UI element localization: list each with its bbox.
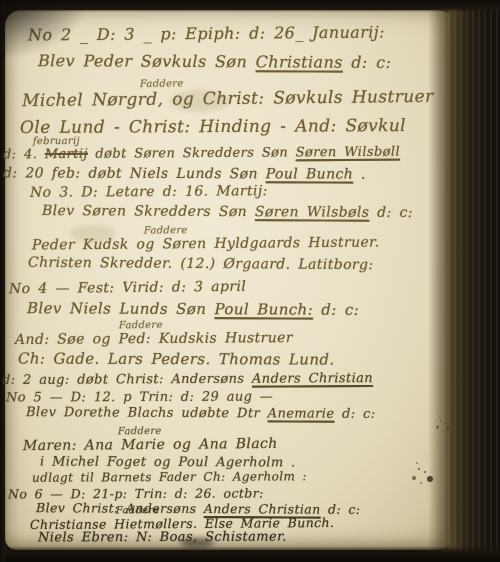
register-line: udlagt til Barnets Fader Ch: Agerholm : <box>32 469 307 484</box>
underlined-name: Søren Wilsbøll <box>296 145 400 161</box>
line-text: Ole Lund - Christ: Hinding - And: Søvkul <box>20 116 406 138</box>
register-line: Blev Søren Skredders Søn Søren Wilsbøls … <box>42 203 413 221</box>
scan-border-left <box>0 0 7 562</box>
line-text: And: Søe og Ped: Kudskis Hustruer <box>15 330 293 348</box>
line-text: i Michel Foget og Poul Agerholm . <box>40 455 296 471</box>
line-text: Blev Søren Skredders Søn <box>42 203 255 220</box>
struck-word: Martij <box>45 147 88 162</box>
interlinear-note: Faddere <box>119 320 163 331</box>
line-text: . <box>353 167 366 183</box>
line-text: d: 4. <box>3 147 45 162</box>
line-text: døbt Søren Skredders Søn <box>88 145 296 161</box>
manuscript-scan: 65 — No 2 _ D: 3 _ p: Epiph: d: 26_ Janu… <box>0 0 500 562</box>
register-line: i Michel Foget og Poul Agerholm . <box>40 455 296 471</box>
line-text: d: c: <box>313 301 359 319</box>
register-line: Blev Peder Søvkuls Søn Christians d: c: <box>38 51 391 72</box>
underlined-name: Christians <box>256 52 343 71</box>
underlined-name: Anemarie <box>268 406 335 421</box>
register-line: No 6 — D: 21-p: Trin: d: 26. octbr: <box>8 486 264 502</box>
interlinear-note: Faddere <box>140 78 184 89</box>
interlinear-note: Faddere <box>116 505 160 516</box>
line-text: Maren: Ana Marie og Ana Blach <box>23 436 278 454</box>
underlined-name: Anders Christian <box>252 371 373 387</box>
line-text: d: c: <box>343 53 392 72</box>
underlined-name: Poul Bunch <box>266 166 353 182</box>
ink-specks <box>418 468 420 470</box>
register-line: No 4 — Fest: Virid: d: 3 april <box>9 279 246 297</box>
register-line: Faddere And: Søe og Ped: Kudskis Hustrue… <box>15 330 293 348</box>
register-line: Blev Niels Lunds Søn Poul Bunch: d: c: <box>27 299 359 319</box>
line-text: Blev Niels Lunds Søn <box>27 299 215 318</box>
line-text: d: 20 feb: døbt Niels Lunds Søn <box>3 165 266 182</box>
line-text: Niels Ebren: N: Boas, Schistamer. <box>38 530 287 546</box>
line-text: No 3. D: Letare d: 16. Martij: <box>30 183 268 201</box>
line-text: Blev Dorethe Blachs udøbte Dtr <box>26 405 268 421</box>
underlined-name: Poul Bunch: <box>214 300 313 319</box>
register-line: Ch: Gade. Lars Peders. Thomas Lund. <box>18 349 335 368</box>
register-line: Faddere Peder Kudsk og Søren Hyldgaards … <box>32 234 380 253</box>
register-line: No 5 — D: 12. p Trin: d: 29 aug — <box>6 390 273 406</box>
line-text: Peder Kudsk og Søren Hyldgaards Hustruer… <box>32 234 380 253</box>
line-text: No 4 — Fest: Virid: d: 3 april <box>9 279 246 297</box>
line-text: Ch: Gade. Lars Peders. Thomas Lund. <box>18 349 335 368</box>
underlined-name: Søren Wilsbøls <box>255 204 369 221</box>
register-line: Ole Lund - Christ: Hinding - And: Søvkul <box>20 116 406 138</box>
line-text: No 5 — D: 12. p Trin: d: 29 aug — <box>6 390 273 406</box>
line-text: udlagt til Barnets Fader Ch: Agerholm : <box>32 469 307 484</box>
interlinear-note: Faddere <box>118 426 162 437</box>
line-text: d: 2 aug: døbt Christ: Andersøns <box>2 372 252 388</box>
interlinear-note: Faddere <box>144 225 188 236</box>
register-line: d: 20 feb: døbt Niels Lunds Søn Poul Bun… <box>3 165 366 182</box>
scan-border-bottom <box>0 546 500 562</box>
line-text: d: c: <box>369 205 413 221</box>
register-line: Blev Dorethe Blachs udøbte Dtr Anemarie … <box>26 405 376 422</box>
register-line: d: 2 aug: døbt Christ: Andersøns Anders … <box>2 371 373 388</box>
line-text: No 6 — D: 21-p: Trin: d: 26. octbr: <box>8 486 264 502</box>
page-edge-streaks <box>442 0 500 562</box>
register-line: Christen Skredder. (12.) Ørgaard. Latitb… <box>28 255 374 273</box>
line-text: Christen Skredder. (12.) Ørgaard. Latitb… <box>28 255 374 273</box>
register-line: Niels Ebren: N: Boas, Schistamer. <box>38 530 287 546</box>
register-line: d: 4. Martijfebruarij døbt Søren Skredde… <box>3 145 400 163</box>
interlinear-note: februarij <box>33 136 80 147</box>
register-line: Faddere Maren: Ana Marie og Ana Blach <box>23 436 278 454</box>
corner-shadow <box>0 0 90 60</box>
register-line: No 3. D: Letare d: 16. Martij: <box>30 183 268 201</box>
line-text: d: c: <box>334 407 375 422</box>
